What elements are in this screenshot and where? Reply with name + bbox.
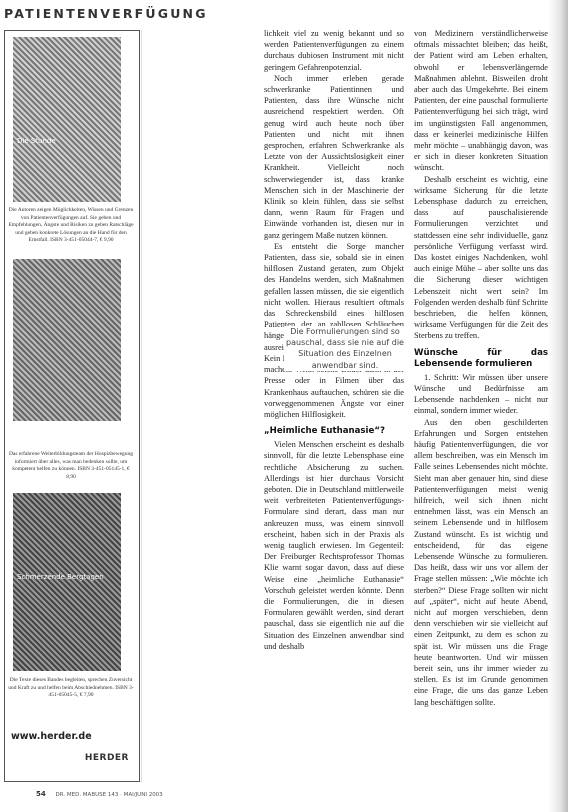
- page-edge-shadow: [548, 0, 568, 812]
- book-cover-1: Die Stunde: [13, 37, 121, 202]
- book-cover-title: Die Stunde: [17, 137, 56, 145]
- herder-advertisement: Die Stunde Die Autoren zeigen Möglichkei…: [4, 30, 140, 782]
- page-number: 54: [36, 790, 46, 798]
- book-caption-1: Die Autoren zeigen Möglichkeiten, Wissen…: [7, 207, 135, 245]
- paragraph: Noch immer erleben gerade schwerkranke P…: [264, 73, 404, 241]
- book-caption-3: Die Texte dieses Bandes begleiten, sprec…: [7, 677, 135, 700]
- publisher-url[interactable]: www.herder.de: [11, 731, 92, 742]
- column-divider: [141, 30, 142, 782]
- pull-quote: Die Formulierungen sind so pauschal, das…: [284, 326, 406, 371]
- book-caption-2: Das erfahrene Weiterbildungsteam der Hos…: [7, 451, 135, 481]
- publisher-logo: HERDER: [85, 753, 129, 763]
- book-cover-3: Schmerzende Bergtagen: [13, 493, 121, 671]
- subheading: „Heimliche Euthanasie“?: [264, 426, 404, 437]
- article-column-3: von Medizinern verständlicherweise oftma…: [414, 28, 548, 708]
- paragraph: von Medizinern verständlicherweise oftma…: [414, 28, 548, 174]
- paragraph: Deshalb erscheint es wichtig, eine wirks…: [414, 174, 548, 342]
- section-title: PATIENTENVERFÜGUNG: [4, 6, 208, 21]
- subheading: Wünsche für das Lebensende formulieren: [414, 348, 548, 370]
- book-cover-title: Schmerzende Bergtagen: [17, 573, 104, 581]
- paragraph: lichkeit viel zu wenig bekannt und so we…: [264, 28, 404, 73]
- page-footer: 54 DR. MED. MABUSE 143 · MAI/JUNI 2003: [36, 790, 163, 798]
- paragraph: Vielen Menschen erscheint es deshalb sin…: [264, 439, 404, 652]
- book-cover-2: [13, 259, 121, 421]
- journal-citation: DR. MED. MABUSE 143 · MAI/JUNI 2003: [56, 792, 163, 798]
- paragraph: 1. Schritt: Wir müssen über unsere Wünsc…: [414, 372, 548, 417]
- paragraph: Aus den oben geschilderten Erfahrungen u…: [414, 417, 548, 708]
